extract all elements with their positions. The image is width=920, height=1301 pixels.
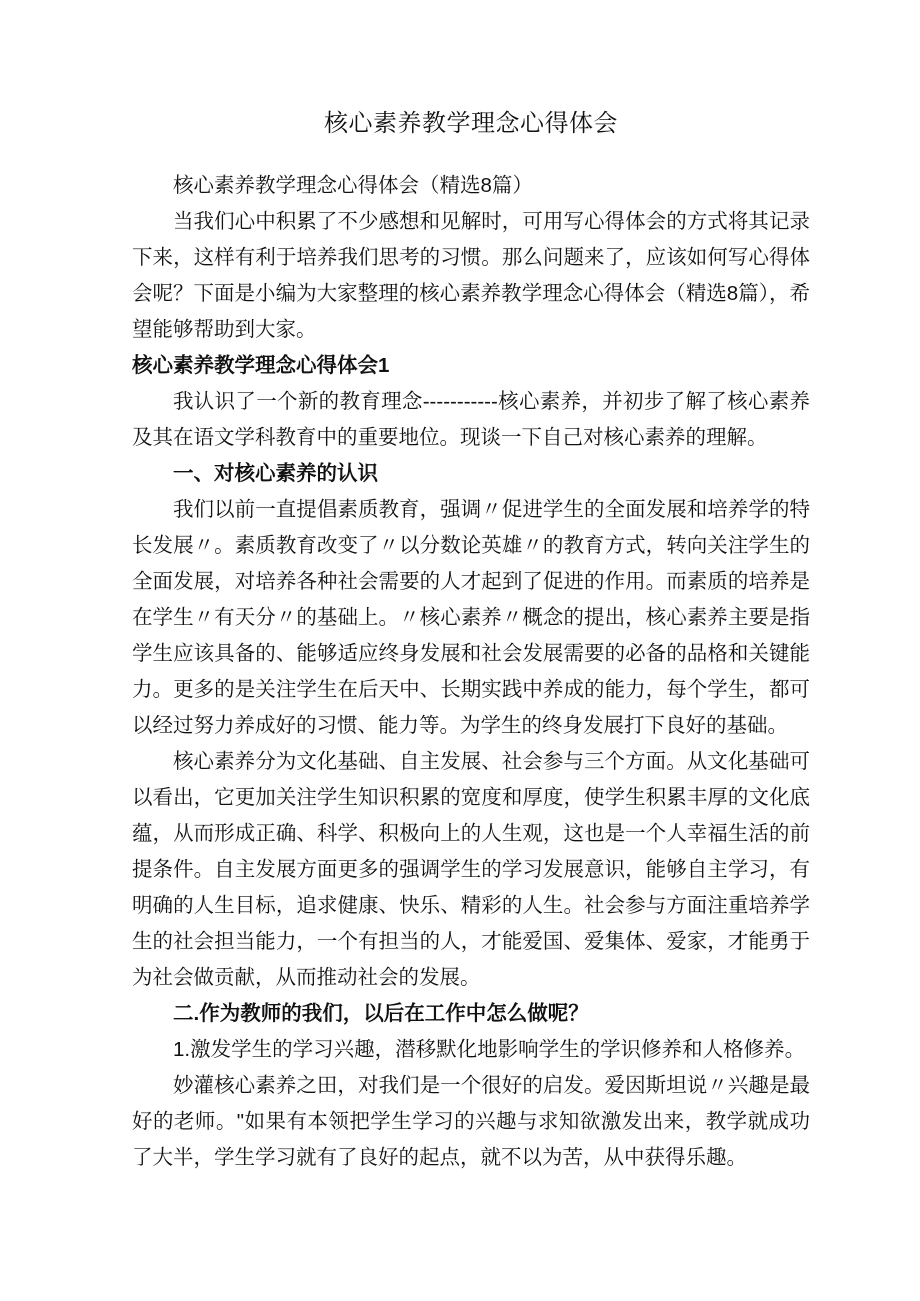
body-paragraph: 1.激发学生的学习兴趣，潜移默化地影响学生的学识修养和人格修养。	[132, 1032, 810, 1068]
section-heading: 核心素养教学理念心得体会1	[132, 348, 810, 384]
section-heading: 一、对核心素养的认识	[132, 456, 810, 492]
section-heading: 二.作为教师的我们，以后在工作中怎么做呢？	[132, 996, 810, 1032]
body-paragraph: 妙灌核心素养之田，对我们是一个很好的启发。爱因斯坦说〃兴趣是最好的老师。"如果有…	[132, 1068, 810, 1176]
document-body: 核心素养教学理念心得体会（精选8篇）当我们心中积累了不少感想和见解时，可用写心得…	[132, 168, 810, 1176]
document-page: 核心素养教学理念心得体会 核心素养教学理念心得体会（精选8篇）当我们心中积累了不…	[0, 0, 920, 1301]
document-title: 核心素养教学理念心得体会	[132, 104, 810, 144]
body-paragraph: 我认识了一个新的教育理念-----------核心素养，并初步了解了核心素养及其…	[132, 384, 810, 456]
body-paragraph: 核心素养分为文化基础、自主发展、社会参与三个方面。从文化基础可以看出，它更加关注…	[132, 744, 810, 996]
body-paragraph: 我们以前一直提倡素质教育，强调〃促进学生的全面发展和培养学的特长发展〃。素质教育…	[132, 492, 810, 744]
body-paragraph: 当我们心中积累了不少感想和见解时，可用写心得体会的方式将其记录下来，这样有利于培…	[132, 204, 810, 348]
body-paragraph: 核心素养教学理念心得体会（精选8篇）	[132, 168, 810, 204]
